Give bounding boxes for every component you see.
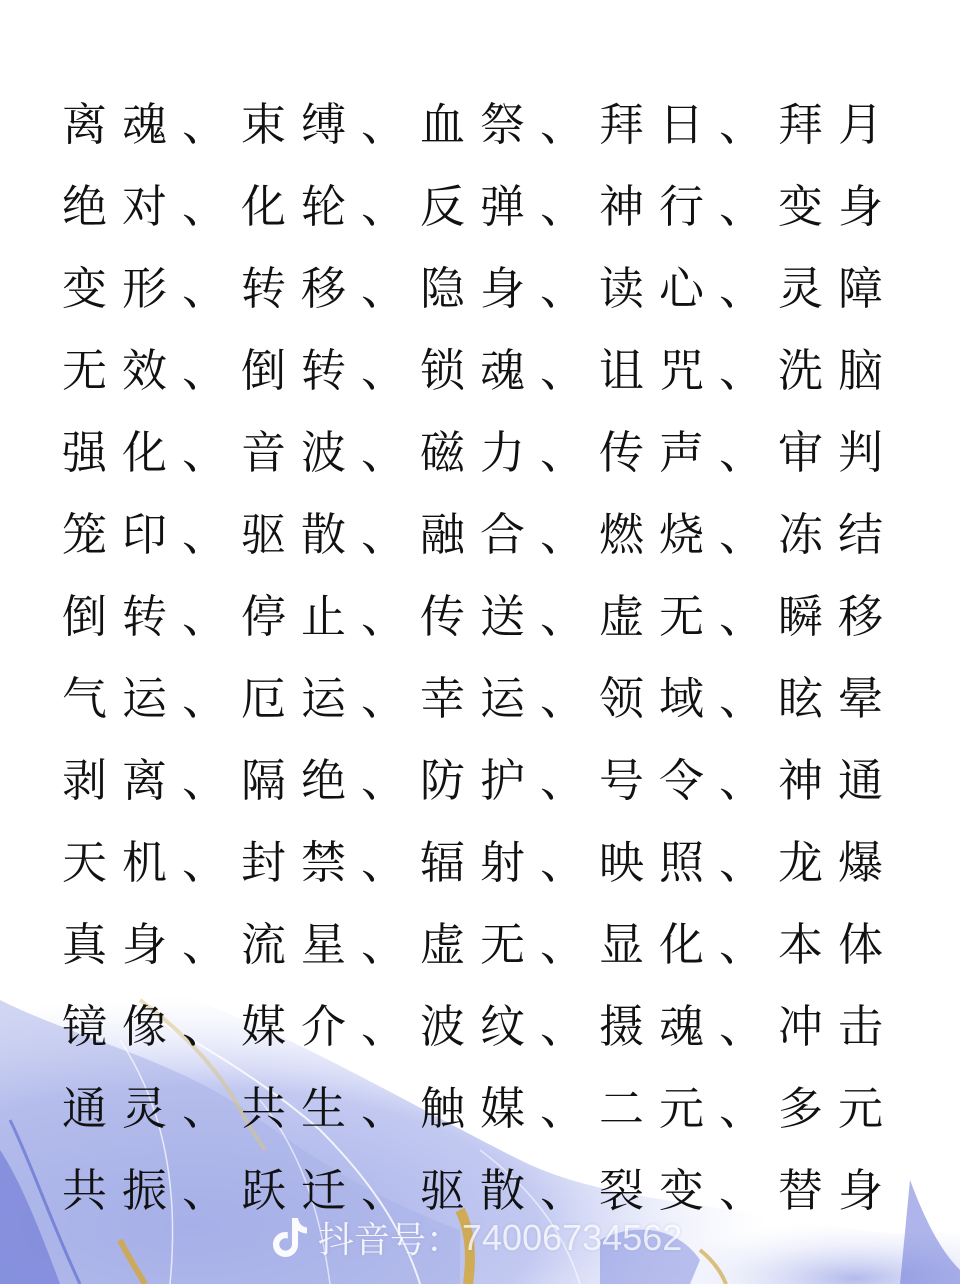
word-char: 禁 <box>301 837 361 889</box>
word-char: 转 <box>122 591 182 643</box>
word-char: 共 <box>241 1083 301 1135</box>
word-char: 通 <box>838 755 898 807</box>
word: 血祭、 <box>420 99 599 151</box>
word-char: 生 <box>301 1083 361 1135</box>
separator: 、 <box>361 1001 419 1053</box>
word-char: 倒 <box>241 345 301 397</box>
word: 气运、 <box>62 673 241 725</box>
word-char: 多 <box>778 1083 838 1135</box>
word: 转移、 <box>241 263 420 315</box>
separator: 、 <box>719 509 777 561</box>
word-char: 虚 <box>599 591 659 643</box>
separator: 、 <box>719 1001 777 1053</box>
word-char: 移 <box>301 263 361 315</box>
word-char: 障 <box>838 263 898 315</box>
word: 隔绝、 <box>241 755 420 807</box>
word-char: 裂 <box>599 1165 659 1217</box>
word-char: 洗 <box>778 345 838 397</box>
word-char: 停 <box>241 591 301 643</box>
separator: 、 <box>361 263 419 315</box>
separator: 、 <box>182 1165 240 1217</box>
word: 眩晕 <box>778 673 898 725</box>
word-char: 音 <box>241 427 301 479</box>
word: 冲击 <box>778 1001 898 1053</box>
separator: 、 <box>182 1083 240 1135</box>
word-list: 离魂、 束缚、 血祭、 拜日、 拜月 绝对、 化轮、 反弹、 神行、 变身 变形… <box>62 84 898 1232</box>
word-char: 剥 <box>62 755 122 807</box>
word-char: 魂 <box>480 345 540 397</box>
separator: 、 <box>540 591 598 643</box>
word-char: 强 <box>62 427 122 479</box>
word-char: 燃 <box>599 509 659 561</box>
word: 离魂、 <box>62 99 241 151</box>
word-char: 摄 <box>599 1001 659 1053</box>
word-char: 反 <box>420 181 480 233</box>
separator: 、 <box>719 1083 777 1135</box>
word: 封禁、 <box>241 837 420 889</box>
word-char: 身 <box>838 1165 898 1217</box>
word-char: 祭 <box>480 99 540 151</box>
word-char: 共 <box>62 1165 122 1217</box>
word-char: 转 <box>241 263 301 315</box>
word-char: 化 <box>659 919 719 971</box>
word-char: 倒 <box>62 591 122 643</box>
word-char: 替 <box>778 1165 838 1217</box>
word-char: 领 <box>599 673 659 725</box>
word-char: 波 <box>301 427 361 479</box>
word-char: 防 <box>420 755 480 807</box>
separator: 、 <box>182 263 240 315</box>
word: 融合、 <box>420 509 599 561</box>
watermark-id: 74006734562 <box>462 1217 682 1259</box>
word: 共振、 <box>62 1165 241 1217</box>
word-char: 冲 <box>778 1001 838 1053</box>
word-char: 束 <box>241 99 301 151</box>
word: 诅咒、 <box>599 345 778 397</box>
separator: 、 <box>540 263 598 315</box>
word: 跃迁、 <box>241 1165 420 1217</box>
separator: 、 <box>361 509 419 561</box>
word-char: 判 <box>838 427 898 479</box>
word-char: 变 <box>659 1165 719 1217</box>
word: 镜像、 <box>62 1001 241 1053</box>
word-char: 笼 <box>62 509 122 561</box>
word-char: 气 <box>62 673 122 725</box>
separator: 、 <box>719 263 777 315</box>
word-char: 媒 <box>241 1001 301 1053</box>
word-char: 照 <box>659 837 719 889</box>
word-row: 镜像、 媒介、 波纹、 摄魂、 冲击 <box>62 986 898 1068</box>
word-char: 化 <box>241 181 301 233</box>
separator: 、 <box>361 99 419 151</box>
word-char: 域 <box>659 673 719 725</box>
word: 领域、 <box>599 673 778 725</box>
separator: 、 <box>182 99 240 151</box>
separator: 、 <box>719 345 777 397</box>
word-char: 送 <box>480 591 540 643</box>
word-char: 隐 <box>420 263 480 315</box>
word: 强化、 <box>62 427 241 479</box>
word: 音波、 <box>241 427 420 479</box>
word-char: 审 <box>778 427 838 479</box>
word-char: 磁 <box>420 427 480 479</box>
word-char: 身 <box>480 263 540 315</box>
word-row: 真身、 流星、 虚无、 显化、 本体 <box>62 904 898 986</box>
separator: 、 <box>719 591 777 643</box>
word-char: 运 <box>301 673 361 725</box>
word: 防护、 <box>420 755 599 807</box>
separator: 、 <box>361 1083 419 1135</box>
word-row: 天机、 封禁、 辐射、 映照、 龙爆 <box>62 822 898 904</box>
word-char: 像 <box>122 1001 182 1053</box>
word-char: 冻 <box>778 509 838 561</box>
word-char: 融 <box>420 509 480 561</box>
word: 通灵、 <box>62 1083 241 1135</box>
word-char: 缚 <box>301 99 361 151</box>
word: 本体 <box>778 919 898 971</box>
word-char: 魂 <box>659 1001 719 1053</box>
word: 虚无、 <box>420 919 599 971</box>
word-char: 无 <box>659 591 719 643</box>
word: 摄魂、 <box>599 1001 778 1053</box>
word-char: 本 <box>778 919 838 971</box>
word: 传声、 <box>599 427 778 479</box>
word: 显化、 <box>599 919 778 971</box>
word: 剥离、 <box>62 755 241 807</box>
word: 锁魂、 <box>420 345 599 397</box>
word-char: 星 <box>301 919 361 971</box>
word-char: 真 <box>62 919 122 971</box>
word-char: 锁 <box>420 345 480 397</box>
word-char: 击 <box>838 1001 898 1053</box>
word-char: 体 <box>838 919 898 971</box>
word-char: 诅 <box>599 345 659 397</box>
word: 隐身、 <box>420 263 599 315</box>
separator: 、 <box>361 673 419 725</box>
separator: 、 <box>182 427 240 479</box>
word-row: 强化、 音波、 磁力、 传声、 审判 <box>62 412 898 494</box>
word-char: 镜 <box>62 1001 122 1053</box>
word-row: 倒转、 停止、 传送、 虚无、 瞬移 <box>62 576 898 658</box>
word-char: 轮 <box>301 181 361 233</box>
word: 号令、 <box>599 755 778 807</box>
word-row: 绝对、 化轮、 反弹、 神行、 变身 <box>62 166 898 248</box>
word-char: 映 <box>599 837 659 889</box>
separator: 、 <box>540 509 598 561</box>
word: 天机、 <box>62 837 241 889</box>
word-char: 变 <box>778 181 838 233</box>
word-char: 脑 <box>838 345 898 397</box>
word: 倒转、 <box>241 345 420 397</box>
separator: 、 <box>540 345 598 397</box>
word-char: 龙 <box>778 837 838 889</box>
word-char: 无 <box>62 345 122 397</box>
word: 传送、 <box>420 591 599 643</box>
word-char: 日 <box>659 99 719 151</box>
word-char: 绝 <box>62 181 122 233</box>
word: 替身 <box>778 1165 898 1217</box>
separator: 、 <box>361 1165 419 1217</box>
word-char: 封 <box>241 837 301 889</box>
word: 共生、 <box>241 1083 420 1135</box>
word-char: 转 <box>301 345 361 397</box>
word-char: 化 <box>122 427 182 479</box>
word-char: 幸 <box>420 673 480 725</box>
word-char: 灵 <box>778 263 838 315</box>
separator: 、 <box>719 181 777 233</box>
word-char: 烧 <box>659 509 719 561</box>
word-char: 射 <box>480 837 540 889</box>
word-char: 显 <box>599 919 659 971</box>
word: 裂变、 <box>599 1165 778 1217</box>
word-char: 神 <box>778 755 838 807</box>
word-row: 气运、 厄运、 幸运、 领域、 眩晕 <box>62 658 898 740</box>
word-char: 血 <box>420 99 480 151</box>
word: 龙爆 <box>778 837 898 889</box>
word-char: 介 <box>301 1001 361 1053</box>
word-char: 离 <box>122 755 182 807</box>
word-char: 号 <box>599 755 659 807</box>
word-char: 弹 <box>480 181 540 233</box>
word: 驱散、 <box>241 509 420 561</box>
word-char: 通 <box>62 1083 122 1135</box>
separator: 、 <box>719 99 777 151</box>
word-char: 读 <box>599 263 659 315</box>
word: 停止、 <box>241 591 420 643</box>
separator: 、 <box>719 427 777 479</box>
word-char: 护 <box>480 755 540 807</box>
word-char: 隔 <box>241 755 301 807</box>
word-char: 纹 <box>480 1001 540 1053</box>
separator: 、 <box>540 919 598 971</box>
word: 幸运、 <box>420 673 599 725</box>
word-char: 月 <box>838 99 898 151</box>
word: 灵障 <box>778 263 898 315</box>
watermark-label: 抖音号： <box>318 1212 462 1263</box>
separator: 、 <box>182 755 240 807</box>
word-char: 离 <box>62 99 122 151</box>
word-char: 声 <box>659 427 719 479</box>
word: 流星、 <box>241 919 420 971</box>
word: 厄运、 <box>241 673 420 725</box>
word-char: 元 <box>838 1083 898 1135</box>
word-char: 对 <box>122 181 182 233</box>
separator: 、 <box>719 1165 777 1217</box>
word: 冻结 <box>778 509 898 561</box>
word-char: 驱 <box>241 509 301 561</box>
word: 拜月 <box>778 99 898 151</box>
word-char: 传 <box>420 591 480 643</box>
separator: 、 <box>361 919 419 971</box>
word: 瞬移 <box>778 591 898 643</box>
word: 读心、 <box>599 263 778 315</box>
word-char: 力 <box>480 427 540 479</box>
word-char: 形 <box>122 263 182 315</box>
separator: 、 <box>719 837 777 889</box>
word: 倒转、 <box>62 591 241 643</box>
separator: 、 <box>182 837 240 889</box>
word: 束缚、 <box>241 99 420 151</box>
word: 洗脑 <box>778 345 898 397</box>
word-char: 爆 <box>838 837 898 889</box>
word-char: 行 <box>659 181 719 233</box>
word: 反弹、 <box>420 181 599 233</box>
separator: 、 <box>361 755 419 807</box>
word: 媒介、 <box>241 1001 420 1053</box>
word: 笼印、 <box>62 509 241 561</box>
separator: 、 <box>540 1083 598 1135</box>
word-char: 咒 <box>659 345 719 397</box>
word-char: 迁 <box>301 1165 361 1217</box>
word-char: 流 <box>241 919 301 971</box>
word: 波纹、 <box>420 1001 599 1053</box>
word-char: 散 <box>480 1165 540 1217</box>
word-char: 神 <box>599 181 659 233</box>
word-char: 厄 <box>241 673 301 725</box>
word-char: 眩 <box>778 673 838 725</box>
word: 二元、 <box>599 1083 778 1135</box>
word-char: 运 <box>122 673 182 725</box>
separator: 、 <box>182 181 240 233</box>
word-row: 变形、 转移、 隐身、 读心、 灵障 <box>62 248 898 330</box>
separator: 、 <box>540 755 598 807</box>
word-row: 无效、 倒转、 锁魂、 诅咒、 洗脑 <box>62 330 898 412</box>
word-char: 二 <box>599 1083 659 1135</box>
word: 变身 <box>778 181 898 233</box>
separator: 、 <box>719 919 777 971</box>
separator: 、 <box>540 181 598 233</box>
word-char: 传 <box>599 427 659 479</box>
word-char: 合 <box>480 509 540 561</box>
separator: 、 <box>182 509 240 561</box>
word: 燃烧、 <box>599 509 778 561</box>
word: 神行、 <box>599 181 778 233</box>
separator: 、 <box>361 181 419 233</box>
word-char: 效 <box>122 345 182 397</box>
word: 触媒、 <box>420 1083 599 1135</box>
tiktok-icon <box>270 1216 310 1260</box>
word: 磁力、 <box>420 427 599 479</box>
separator: 、 <box>361 427 419 479</box>
word-char: 移 <box>838 591 898 643</box>
separator: 、 <box>182 673 240 725</box>
separator: 、 <box>361 345 419 397</box>
separator: 、 <box>182 919 240 971</box>
word-char: 变 <box>62 263 122 315</box>
word-char: 散 <box>301 509 361 561</box>
separator: 、 <box>719 673 777 725</box>
separator: 、 <box>361 837 419 889</box>
word-char: 跃 <box>241 1165 301 1217</box>
word-char: 机 <box>122 837 182 889</box>
word-char: 元 <box>659 1083 719 1135</box>
separator: 、 <box>540 673 598 725</box>
word-char: 身 <box>122 919 182 971</box>
word: 神通 <box>778 755 898 807</box>
word-char: 无 <box>480 919 540 971</box>
word: 无效、 <box>62 345 241 397</box>
separator: 、 <box>540 1001 598 1053</box>
word-row: 离魂、 束缚、 血祭、 拜日、 拜月 <box>62 84 898 166</box>
word: 化轮、 <box>241 181 420 233</box>
word-char: 灵 <box>122 1083 182 1135</box>
word-char: 驱 <box>420 1165 480 1217</box>
word-char: 令 <box>659 755 719 807</box>
separator: 、 <box>361 591 419 643</box>
word-char: 绝 <box>301 755 361 807</box>
word-char: 心 <box>659 263 719 315</box>
word: 绝对、 <box>62 181 241 233</box>
word-char: 振 <box>122 1165 182 1217</box>
word-char: 印 <box>122 509 182 561</box>
word-char: 瞬 <box>778 591 838 643</box>
word: 真身、 <box>62 919 241 971</box>
word-char: 拜 <box>778 99 838 151</box>
douyin-watermark: 抖音号： 74006734562 <box>270 1212 682 1263</box>
separator: 、 <box>540 427 598 479</box>
word-char: 媒 <box>480 1083 540 1135</box>
word: 多元 <box>778 1083 898 1135</box>
word-char: 魂 <box>122 99 182 151</box>
word: 审判 <box>778 427 898 479</box>
word-char: 拜 <box>599 99 659 151</box>
separator: 、 <box>719 755 777 807</box>
word-row: 笼印、 驱散、 融合、 燃烧、 冻结 <box>62 494 898 576</box>
separator: 、 <box>540 99 598 151</box>
separator: 、 <box>182 591 240 643</box>
separator: 、 <box>540 1165 598 1217</box>
word-char: 晕 <box>838 673 898 725</box>
word-char: 结 <box>838 509 898 561</box>
word: 映照、 <box>599 837 778 889</box>
word: 拜日、 <box>599 99 778 151</box>
word-char: 天 <box>62 837 122 889</box>
word-char: 运 <box>480 673 540 725</box>
word: 辐射、 <box>420 837 599 889</box>
word: 变形、 <box>62 263 241 315</box>
word-char: 虚 <box>420 919 480 971</box>
word-char: 波 <box>420 1001 480 1053</box>
separator: 、 <box>540 837 598 889</box>
word-char: 触 <box>420 1083 480 1135</box>
word: 驱散、 <box>420 1165 599 1217</box>
word-char: 身 <box>838 181 898 233</box>
separator: 、 <box>182 345 240 397</box>
word-row: 剥离、 隔绝、 防护、 号令、 神通 <box>62 740 898 822</box>
word-char: 止 <box>301 591 361 643</box>
word-char: 辐 <box>420 837 480 889</box>
separator: 、 <box>182 1001 240 1053</box>
word: 虚无、 <box>599 591 778 643</box>
word-row: 通灵、 共生、 触媒、 二元、 多元 <box>62 1068 898 1150</box>
